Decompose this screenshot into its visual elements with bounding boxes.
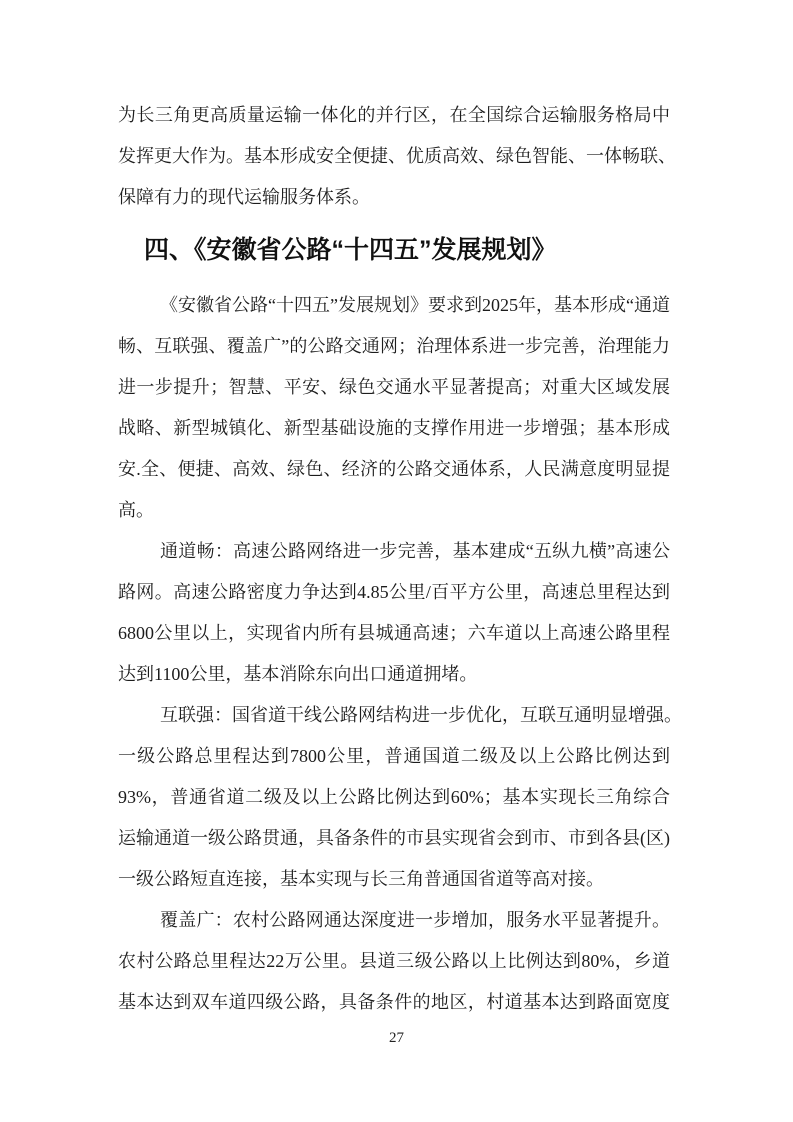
text-line: 畅、互联强、覆盖广”的公路交通网；治理体系进一步完善，治理能力	[118, 326, 670, 367]
page-number: 27	[0, 1030, 793, 1047]
text-line: 一级公路总里程达到7800公里，普通国道二级及以上公路比例达到	[118, 736, 670, 777]
text-line: 战略、新型城镇化、新型基础设施的支撑作用进一步增强；基本形成	[118, 408, 670, 449]
text-line: 安.全、便捷、高效、绿色、经济的公路交通体系，人民满意度明显提	[118, 449, 670, 490]
text-line: 达到1100公里，基本消除东向出口通道拥堵。	[118, 654, 670, 695]
text-line: 进一步提升；智慧、平安、绿色交通水平显著提高；对重大区域发展	[118, 367, 670, 408]
text-line: 保障有力的现代运输服务体系。	[118, 177, 670, 218]
text-line: 互联强：国省道干线公路网结构进一步优化，互联互通明显增强。	[118, 695, 670, 736]
text-line: 覆盖广：农村公路网通达深度进一步增加，服务水平显著提升。	[118, 900, 670, 941]
paragraph: 《安徽省公路“十四五”发展规划》要求到2025年，基本形成“通道 畅、互联强、覆…	[118, 285, 670, 531]
paragraph: 覆盖广：农村公路网通达深度进一步增加，服务水平显著提升。 农村公路总里程达22万…	[118, 900, 670, 1023]
text-line: 一级公路短直连接，基本实现与长三角普通国省道等高对接。	[118, 859, 670, 900]
text-line: 路网。高速公路密度力争达到4.85公里/百平方公里，高速总里程达到	[118, 572, 670, 613]
text-line: 《安徽省公路“十四五”发展规划》要求到2025年，基本形成“通道	[118, 285, 670, 326]
intro-paragraph: 为长三角更高质量运输一体化的并行区，在全国综合运输服务格局中 发挥更大作为。基本…	[118, 95, 670, 218]
text-line: 运输通道一级公路贯通，具备条件的市县实现省会到市、市到各县(区)	[118, 818, 670, 859]
text-line: 通道畅：高速公路网络进一步完善，基本建成“五纵九横”高速公	[118, 531, 670, 572]
text-line: 农村公路总里程达22万公里。县道三级公路以上比例达到80%，乡道	[118, 941, 670, 982]
paragraph: 互联强：国省道干线公路网结构进一步优化，互联互通明显增强。 一级公路总里程达到7…	[118, 695, 670, 900]
text-line: 6800公里以上，实现省内所有县城通高速；六车道以上高速公路里程	[118, 613, 670, 654]
text-line: 为长三角更高质量运输一体化的并行区，在全国综合运输服务格局中	[118, 95, 670, 136]
text-line: 93%，普通省道二级及以上公路比例达到60%；基本实现长三角综合	[118, 777, 670, 818]
section-heading: 四、《安徽省公路“十四五”发展规划》	[118, 230, 670, 271]
paragraph: 通道畅：高速公路网络进一步完善，基本建成“五纵九横”高速公 路网。高速公路密度力…	[118, 531, 670, 695]
text-line: 高。	[118, 490, 670, 531]
text-line: 基本达到双车道四级公路，具备条件的地区，村道基本达到路面宽度	[118, 982, 670, 1023]
document-page: 为长三角更高质量运输一体化的并行区，在全国综合运输服务格局中 发挥更大作为。基本…	[0, 0, 793, 1122]
text-line: 发挥更大作为。基本形成安全便捷、优质高效、绿色智能、一体畅联、	[118, 136, 670, 177]
text-body: 为长三角更高质量运输一体化的并行区，在全国综合运输服务格局中 发挥更大作为。基本…	[118, 95, 670, 1023]
